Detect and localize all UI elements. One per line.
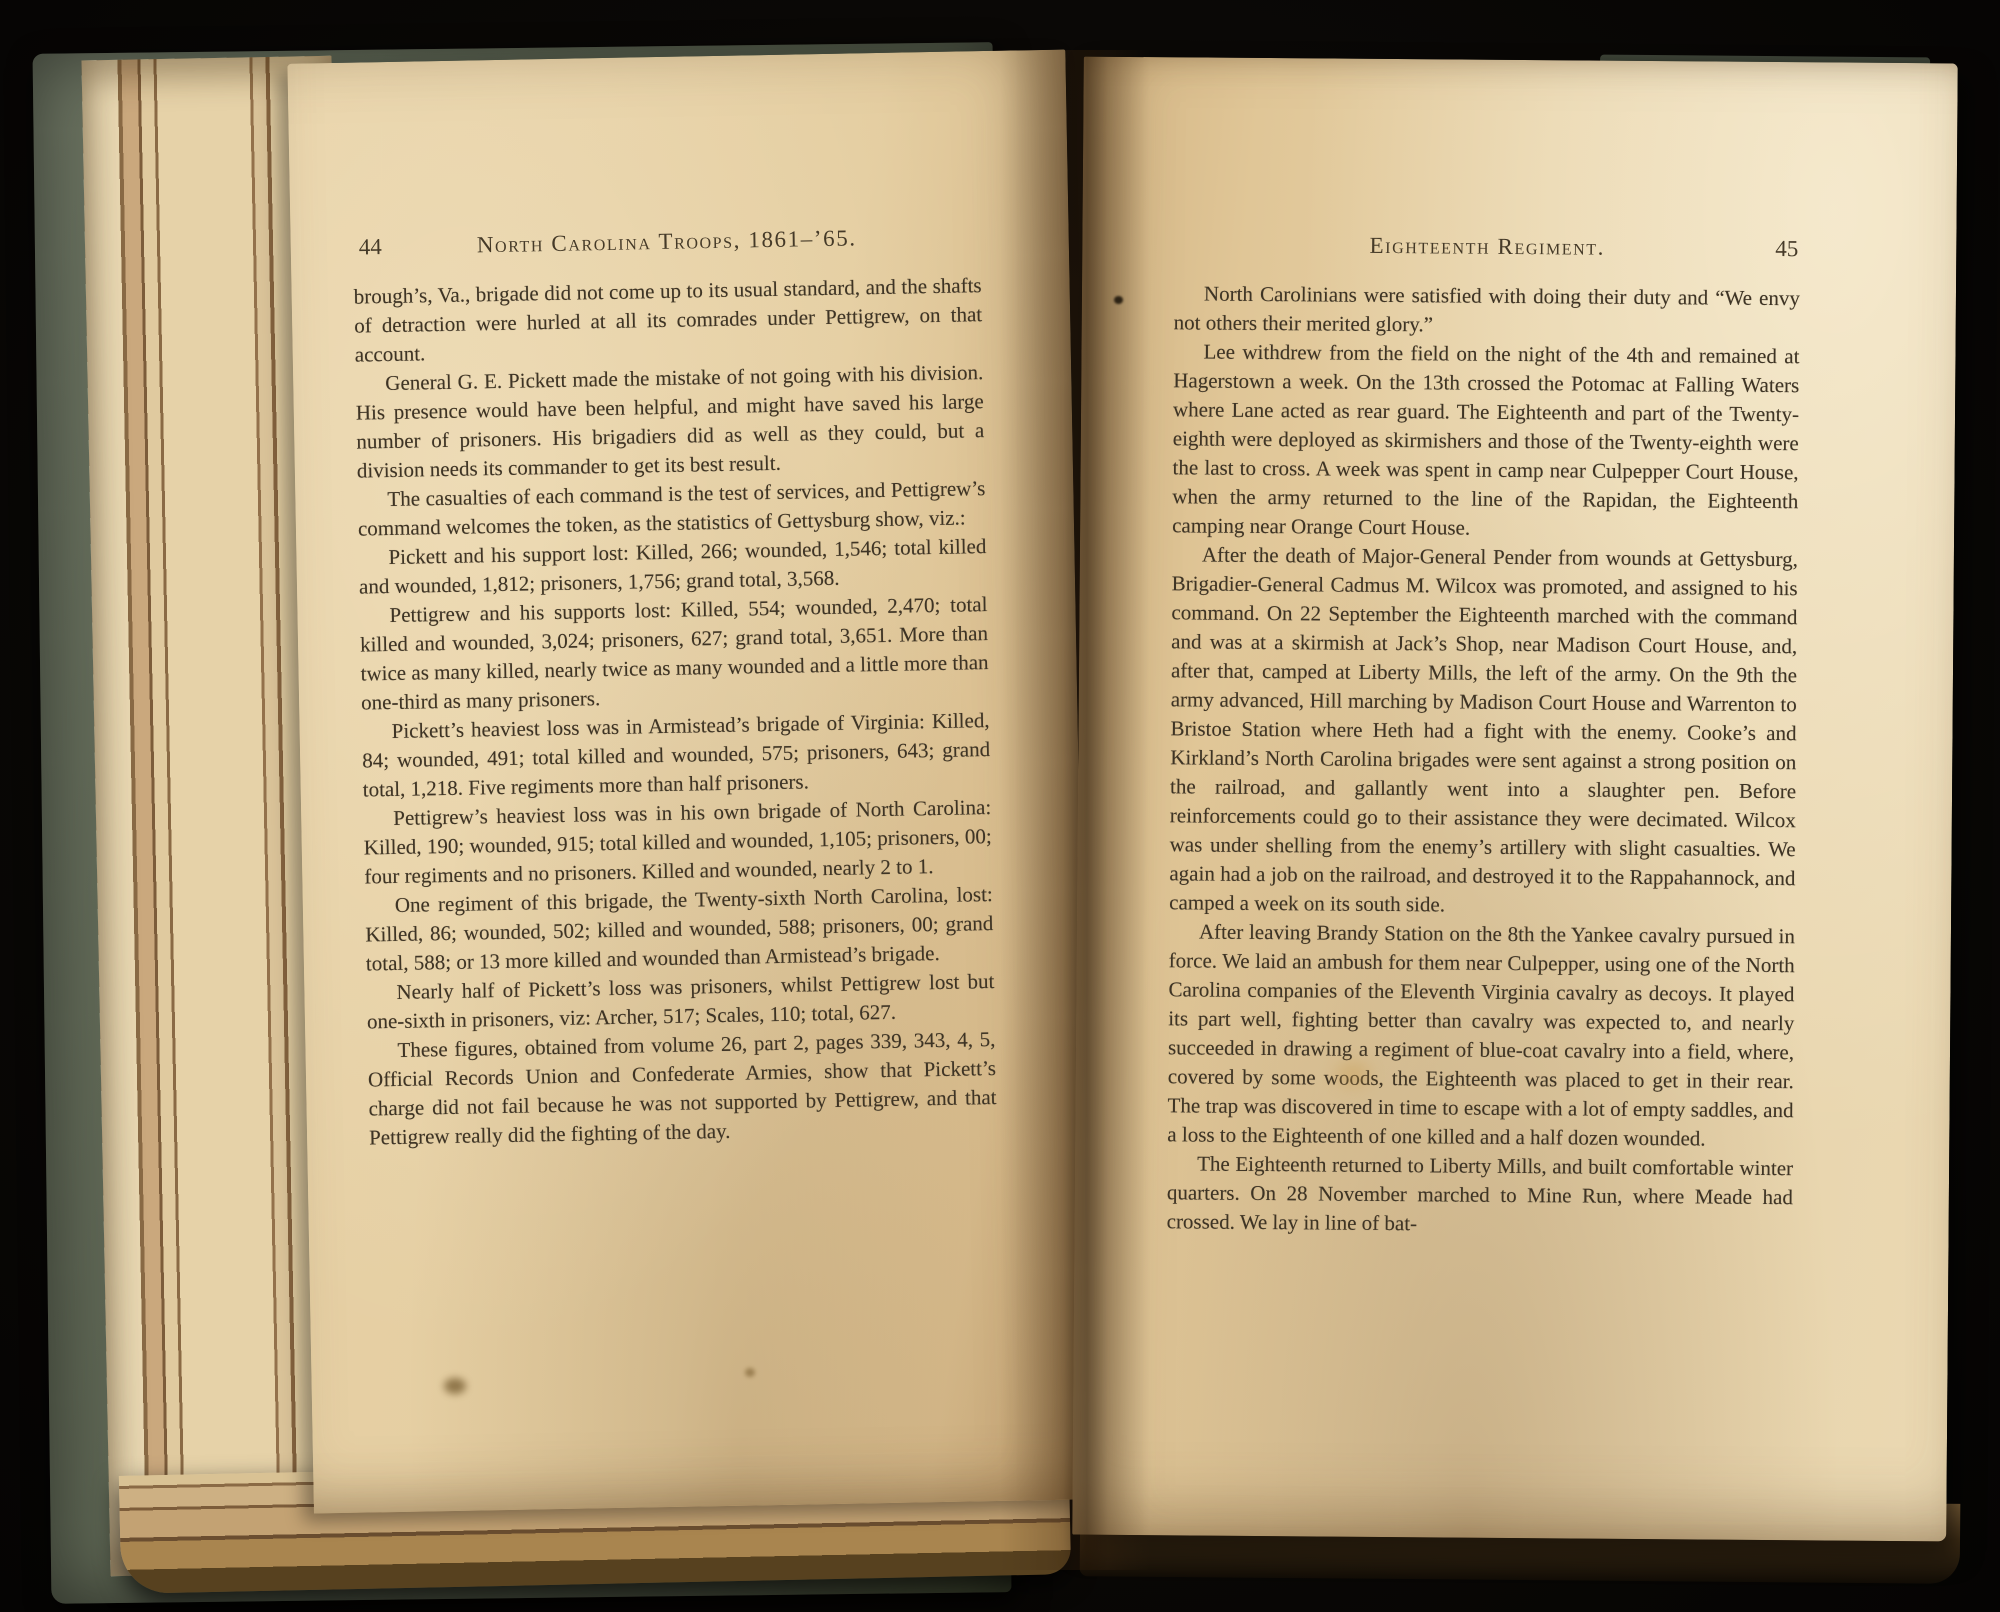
right-page-header: Eighteenth Regiment. 45 bbox=[1174, 231, 1800, 266]
paragraph: One regiment of this brigade, the Twenty… bbox=[365, 880, 994, 978]
paragraph: Pettigrew and his supports lost: Killed,… bbox=[359, 590, 989, 717]
right-page-content: Eighteenth Regiment. 45 North Carolinian… bbox=[1075, 57, 1958, 1243]
photo-background: 44 North Carolina Troops, 1861–’65. brou… bbox=[0, 0, 2000, 1612]
running-title-left: North Carolina Troops, 1861–’65. bbox=[353, 223, 981, 261]
paragraph: After the death of Major-General Pender … bbox=[1169, 540, 1798, 922]
left-page-header: 44 North Carolina Troops, 1861–’65. bbox=[353, 223, 981, 265]
paragraph: After leaving Brandy Station on the 8th … bbox=[1167, 917, 1795, 1154]
page-number-left: 44 bbox=[359, 234, 382, 260]
running-title-right: Eighteenth Regiment. bbox=[1174, 231, 1800, 262]
paragraph: General G. E. Pickett made the mistake o… bbox=[355, 358, 985, 485]
right-page-text: North Carolinians were satisfied with do… bbox=[1167, 279, 1800, 1241]
left-page: 44 North Carolina Troops, 1861–’65. brou… bbox=[287, 50, 1091, 1514]
paragraph: These figures, obtained from volume 26, … bbox=[367, 1025, 997, 1152]
paragraph: North Carolinians were satisfied with do… bbox=[1174, 279, 1800, 342]
paragraph: The Eighteenth returned to Liberty Mills… bbox=[1167, 1149, 1794, 1241]
paragraph: Pettigrew’s heaviest loss was in his own… bbox=[363, 793, 992, 891]
left-page-content: 44 North Carolina Troops, 1861–’65. brou… bbox=[287, 50, 1085, 1154]
paragraph: Lee withdrew from the field on the night… bbox=[1172, 337, 1800, 545]
paragraph: Pickett’s heaviest loss was in Armistead… bbox=[361, 706, 990, 804]
page-number-right: 45 bbox=[1775, 236, 1798, 262]
paragraph: brough’s, Va., brigade did not come up t… bbox=[353, 271, 982, 369]
left-page-text: brough’s, Va., brigade did not come up t… bbox=[353, 271, 997, 1152]
right-page: Eighteenth Regiment. 45 North Carolinian… bbox=[1072, 57, 1958, 1542]
